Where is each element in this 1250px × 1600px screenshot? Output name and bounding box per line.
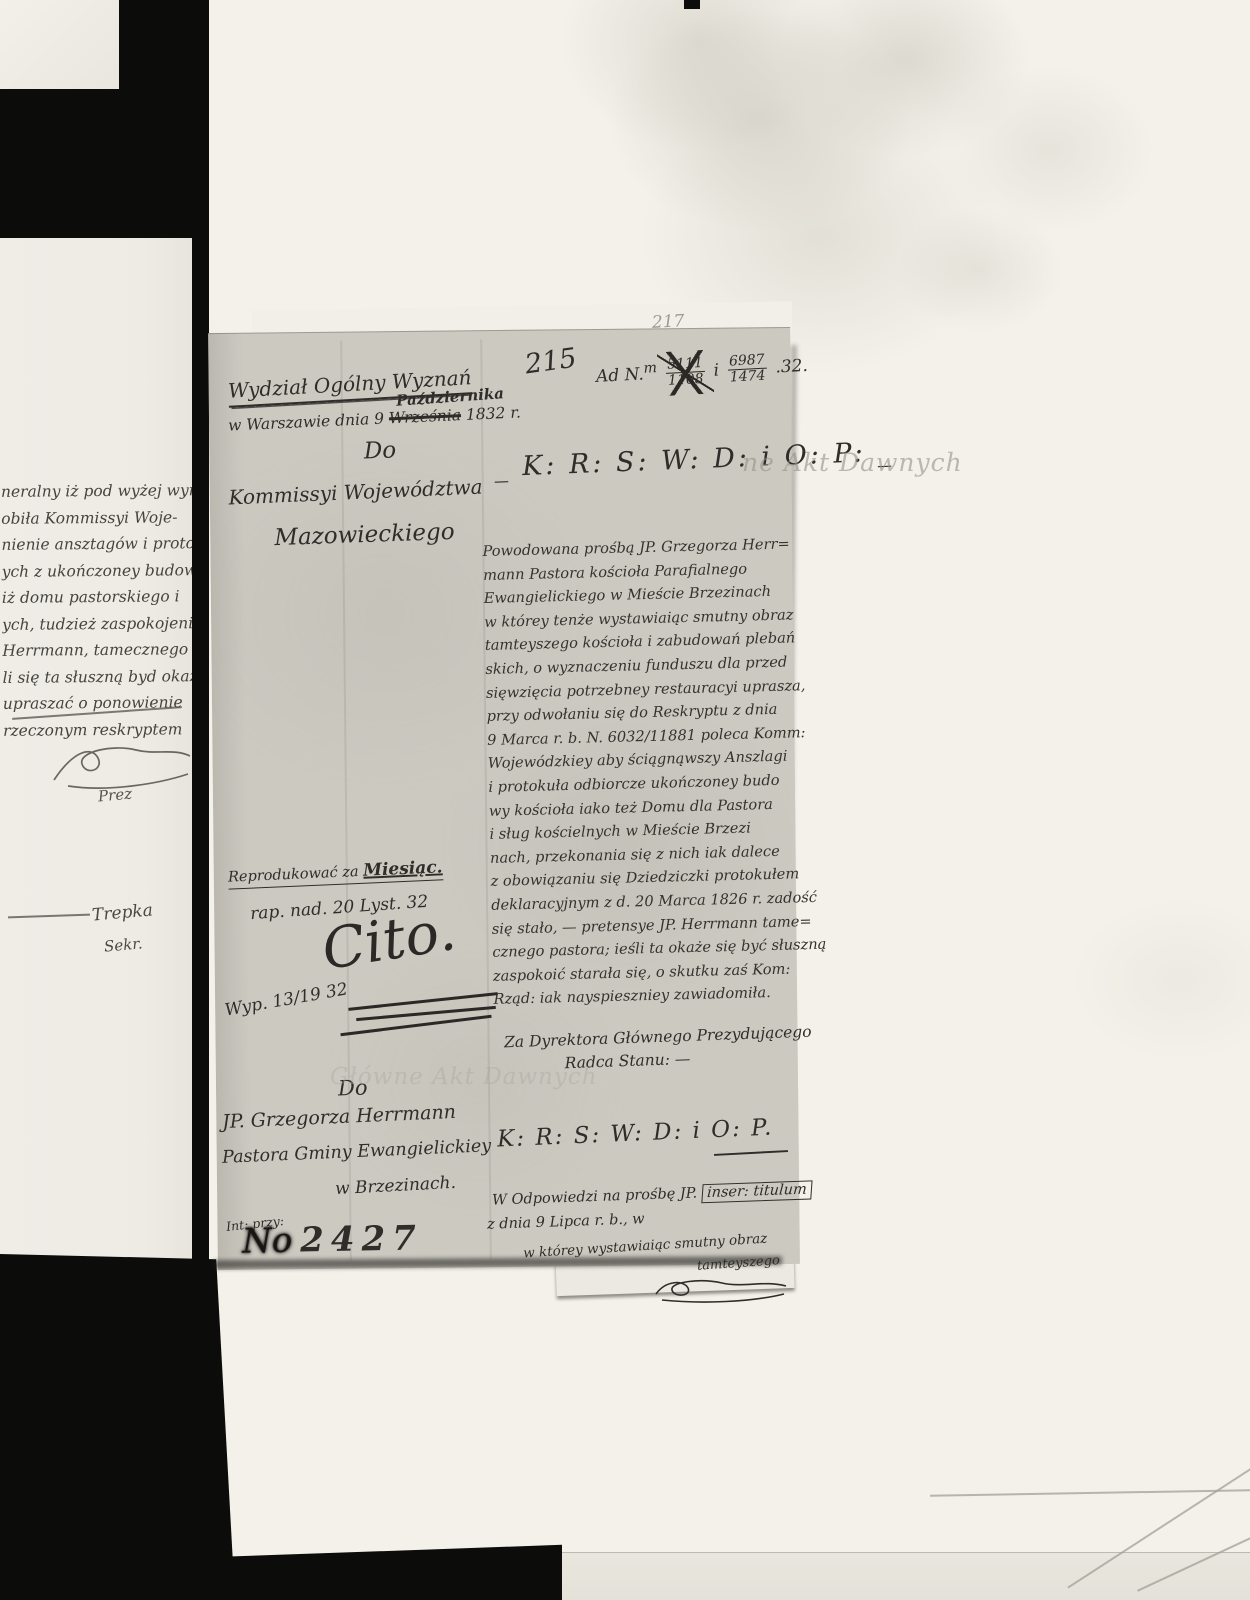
letter-body: Powodowana prośbą JP. Grzegorza Herr=man…	[482, 532, 813, 1012]
president-signature-title: Prez	[97, 785, 132, 806]
fragment-line: upraszać o ponowienie	[3, 689, 205, 717]
fragment-line: ych z ukończoney budowy	[2, 557, 204, 585]
crossed-month: Września	[389, 406, 462, 427]
film-black-top-notch	[684, 0, 700, 9]
fragment-text-block: neralny iż pod wyżej wymie-obiła Kommiss…	[1, 477, 205, 744]
photo-corner-notch	[0, 0, 119, 89]
reference-conjunction: i	[713, 361, 719, 381]
reference-fraction: 6987 1474	[727, 353, 768, 387]
fragment-line: neralny iż pod wyżej wymie-	[1, 477, 203, 505]
archive-watermark-bottom: Główne Akt Dawnych	[330, 1064, 598, 1090]
title-insertion-box: inser: titulum	[701, 1180, 812, 1203]
reference-denominator: 1474	[727, 369, 767, 386]
pencil-folio-note: 217	[651, 311, 684, 333]
reference-prefix: Ad N.	[596, 364, 645, 386]
fragment-line: ych, tudzież zaspokojenie	[2, 610, 204, 638]
registry-number-prefix: No	[242, 1221, 293, 1262]
fragment-line: obiła Kommissyi Woje-	[1, 504, 203, 532]
fragment-line: nienie ansztagów i proto-	[1, 530, 203, 558]
reference-suffix: .32.	[775, 356, 808, 378]
reference-superscript: m	[643, 360, 657, 377]
fragment-line: Herrmann, tamecznego	[2, 636, 204, 664]
archive-watermark-top: ne Akt Dawnych	[742, 448, 963, 477]
secretary-title: Sekr.	[103, 934, 143, 955]
registry-number: No2427	[242, 1218, 424, 1261]
clerk-flourish	[652, 1274, 792, 1304]
film-black-separator-bar	[192, 0, 209, 1262]
reproduce-prefix: Reprodukować za	[228, 864, 364, 886]
cross-out-strokes	[657, 349, 715, 396]
date-suffix: 1832 r.	[466, 403, 522, 423]
crossed-reference-fraction: 5111 1108	[665, 356, 706, 390]
registry-number-digits: 2427	[300, 1218, 423, 1260]
archival-scan: neralny iż pod wyżej wymie-obiła Kommiss…	[0, 0, 1250, 1600]
film-black-bottom-left	[0, 1254, 235, 1600]
photo-bottom-shade	[558, 1552, 1250, 1600]
reproduce-term: Miesiąc.	[363, 857, 443, 880]
fragment-line: iż domu pastorskiego i	[2, 583, 204, 611]
fragment-line: li się ta słuszną byd okaże,	[2, 663, 204, 691]
